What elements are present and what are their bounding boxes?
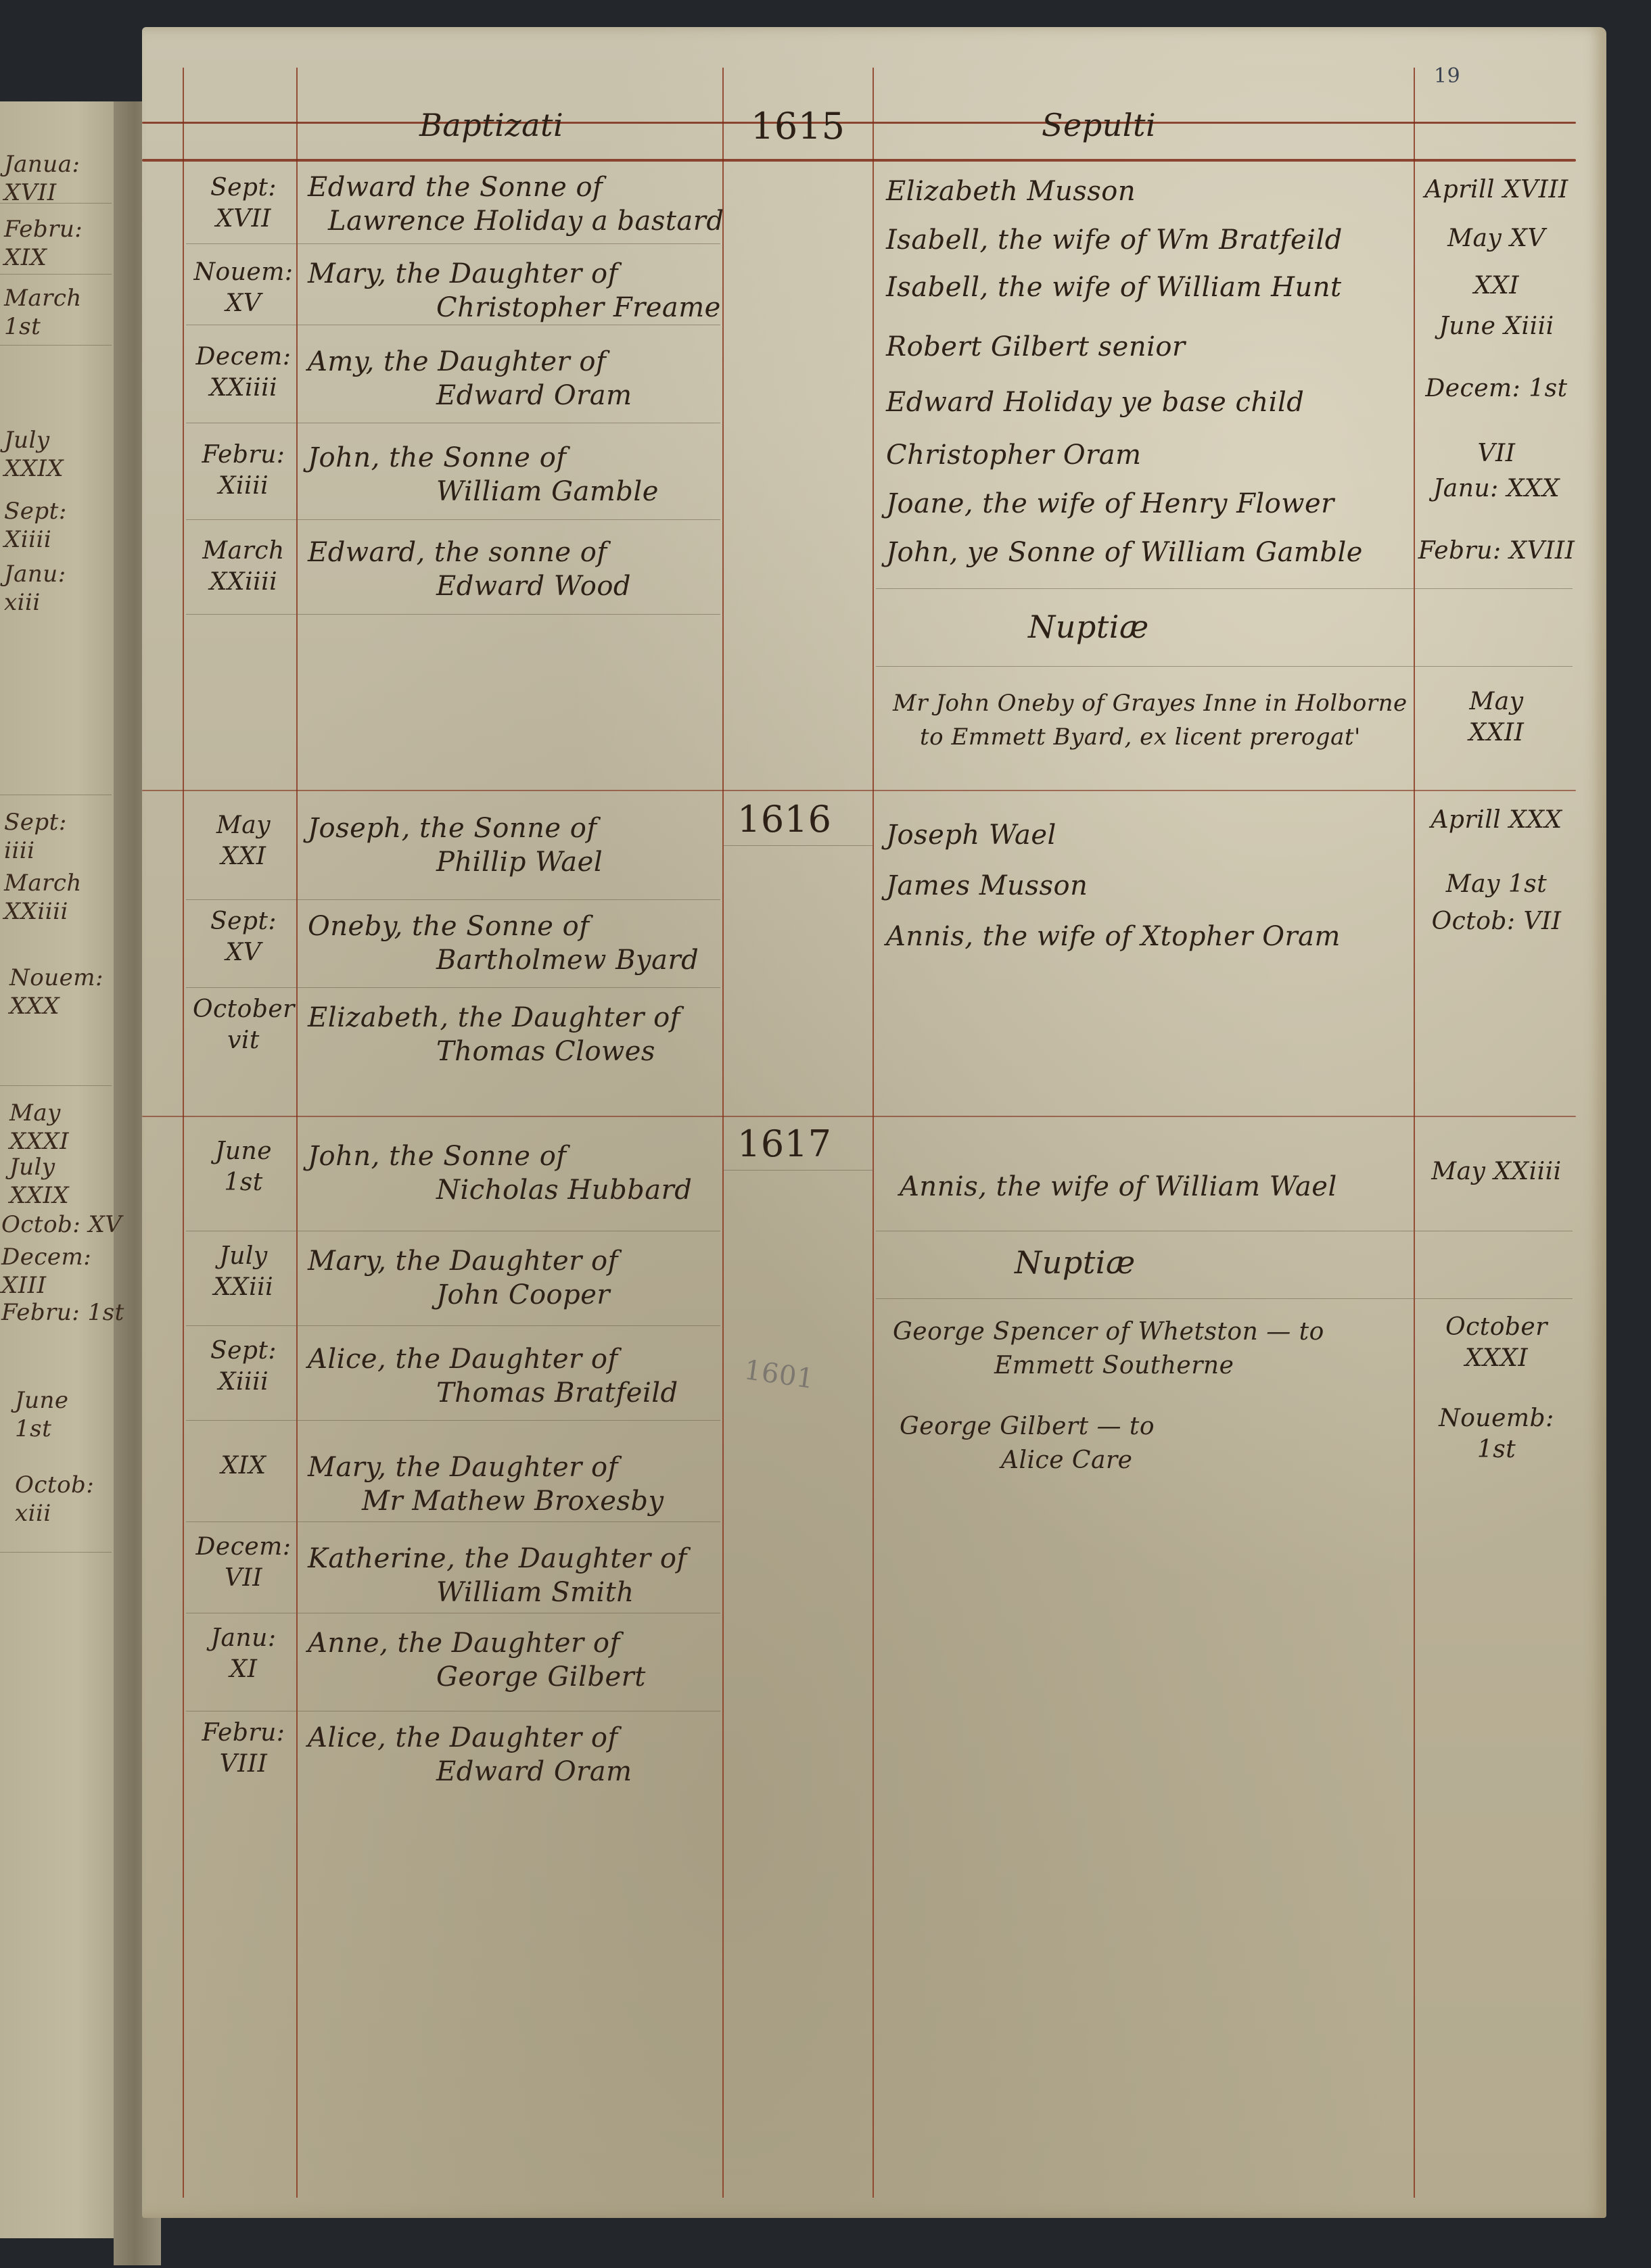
baptism-entry: Anne, the Daughter ofGeorge Gilbert — [308, 1626, 646, 1694]
baptism-date: Sept:XVII — [193, 172, 294, 235]
baptism-date: Decem:XXiiii — [193, 341, 294, 404]
burial-entry: Joseph Wael — [886, 818, 1056, 852]
margin-date: MayXXXI — [9, 1099, 69, 1156]
burial-date: May XV — [1417, 223, 1576, 254]
baptism-date: Decem:VII — [193, 1532, 294, 1594]
baptism-date: XIX — [193, 1450, 294, 1482]
baptism-date: Janu:XI — [193, 1623, 294, 1685]
margin-date: Octob:xiii — [15, 1471, 94, 1528]
marriage-date: MayXXII — [1417, 686, 1576, 749]
margin-date: MarchXXiiii — [4, 869, 82, 926]
burial-date: May XXiiii — [1417, 1156, 1576, 1187]
baptism-date: Octobervit — [193, 994, 294, 1056]
baptism-date: MarchXXiiii — [193, 536, 294, 598]
baptism-entry: Katherine, the Daughter ofWilliam Smith — [308, 1542, 687, 1609]
nuptiae-heading: Nuptiæ — [1028, 609, 1149, 645]
baptism-entry: John, the Sonne ofNicholas Hubbard — [308, 1139, 692, 1207]
margin-date: Janu:xiii — [4, 560, 66, 617]
year-marker: 1616 — [737, 798, 831, 841]
burial-date: Janu: XXX — [1417, 473, 1576, 504]
marriage-entry: George Spencer of Whetston — toEmmett So… — [893, 1315, 1324, 1383]
baptism-entry: Alice, the Daughter ofThomas Bratfeild — [308, 1342, 678, 1410]
margin-date: JulyXXIX — [9, 1153, 69, 1210]
baptism-date: Sept:Xiiii — [193, 1336, 294, 1398]
baptism-entry: Edward the Sonne ofLawrence Holiday a ba… — [308, 170, 724, 238]
baptism-date: Nouem:XV — [193, 257, 294, 319]
burial-entry: Christopher Oram — [886, 438, 1142, 472]
baptism-entry: Mary, the Daughter ofJohn Cooper — [308, 1244, 618, 1312]
baptism-entry: Elizabeth, the Daughter ofThomas Clowes — [308, 1001, 680, 1068]
margin-date: June1st — [15, 1386, 69, 1443]
burial-date: Aprill XVIII — [1417, 174, 1576, 206]
burial-entry: Edward Holiday ye base child — [886, 385, 1304, 419]
margin-date: Janua:XVII — [4, 150, 80, 207]
margin-date: Febru: 1st — [1, 1298, 124, 1327]
burial-entry: Isabell, the wife of Wm Bratfeild — [886, 223, 1343, 257]
margin-date: March1st — [4, 284, 82, 341]
burial-date: VII — [1417, 438, 1576, 469]
burial-date: May 1st — [1417, 869, 1576, 900]
burial-date: June Xiiii — [1417, 311, 1576, 342]
baptism-entry: Alice, the Daughter ofEdward Oram — [308, 1721, 632, 1789]
margin-date: Febru:XIX — [4, 215, 83, 272]
baptism-entry: Mary, the Daughter ofChristopher Freame — [308, 257, 721, 325]
rule-year-left — [722, 68, 724, 2198]
pencil-annotation: 1601 — [742, 1354, 816, 1395]
marriage-date: OctoberXXXI — [1417, 1312, 1576, 1374]
margin-date: Sept:iiii — [4, 808, 67, 865]
burial-entry: Isabell, the wife of William Hunt — [886, 270, 1342, 304]
margin-date: Sept:Xiiii — [4, 497, 67, 554]
baptism-entry: Amy, the Daughter ofEdward Oram — [308, 345, 632, 412]
baptism-entry: Mary, the Daughter ofMr Mathew Broxesby — [308, 1450, 664, 1518]
marriage-entry: George Gilbert — toAlice Care — [900, 1410, 1155, 1478]
baptism-entry: John, the Sonne ofWilliam Gamble — [308, 441, 659, 509]
burial-date: Octob: VII — [1417, 906, 1576, 937]
burial-date: Febru: XVIII — [1417, 536, 1576, 567]
baptism-date: MayXXI — [193, 810, 294, 872]
burial-date: XXI — [1417, 270, 1576, 302]
burial-entry: James Musson — [886, 869, 1088, 903]
year-marker: 1617 — [737, 1123, 831, 1165]
burial-entry: Annis, the wife of Xtopher Oram — [886, 920, 1341, 953]
rule-burial-date — [1414, 68, 1415, 2198]
marriage-entry: Mr John Oneby of Grayes Inne in Holborne… — [893, 686, 1408, 754]
register-page: 19 Baptizati 1615 Sepulti Sept:XVII Edwa… — [142, 27, 1606, 2218]
burial-date: Decem: 1st — [1417, 373, 1576, 404]
margin-date: Octob: XV — [1, 1210, 122, 1239]
page-number: 19 — [1434, 64, 1460, 88]
baptism-date: Sept:XV — [193, 906, 294, 968]
baptism-date: Febru:Xiiii — [193, 440, 294, 502]
burial-entry: Annis, the wife of William Wael — [900, 1170, 1337, 1204]
header-year: 1615 — [751, 105, 845, 147]
marriage-date: Nouemb:1st — [1417, 1403, 1576, 1465]
baptism-date: June1st — [193, 1136, 294, 1198]
baptism-date: Febru:VIII — [193, 1718, 294, 1780]
rule-date-col — [296, 68, 298, 2198]
nuptiae-heading: Nuptiæ — [1015, 1244, 1136, 1281]
baptism-entry: Joseph, the Sonne ofPhillip Wael — [308, 811, 603, 879]
burial-entry: Elizabeth Musson — [886, 174, 1136, 208]
burial-date: Aprill XXX — [1417, 805, 1576, 836]
rule-year-right — [873, 68, 874, 2198]
rule-left — [183, 68, 184, 2198]
burial-entry: Joane, the wife of Henry Flower — [886, 487, 1334, 521]
baptism-entry: Edward, the sonne ofEdward Wood — [308, 536, 631, 603]
burial-entry: Robert Gilbert senior — [886, 330, 1186, 364]
baptism-entry: Oneby, the Sonne ofBartholmew Byard — [308, 909, 699, 977]
burial-entry: John, ye Sonne of William Gamble — [886, 536, 1363, 569]
header-baptizati: Baptizati — [419, 107, 563, 143]
margin-date: Nouem:XXX — [9, 964, 103, 1020]
baptism-date: JulyXXiii — [193, 1241, 294, 1303]
margin-date: JulyXXIX — [4, 426, 64, 483]
margin-date: Decem:XIII — [1, 1243, 91, 1300]
header-sepulti: Sepulti — [1042, 107, 1156, 143]
